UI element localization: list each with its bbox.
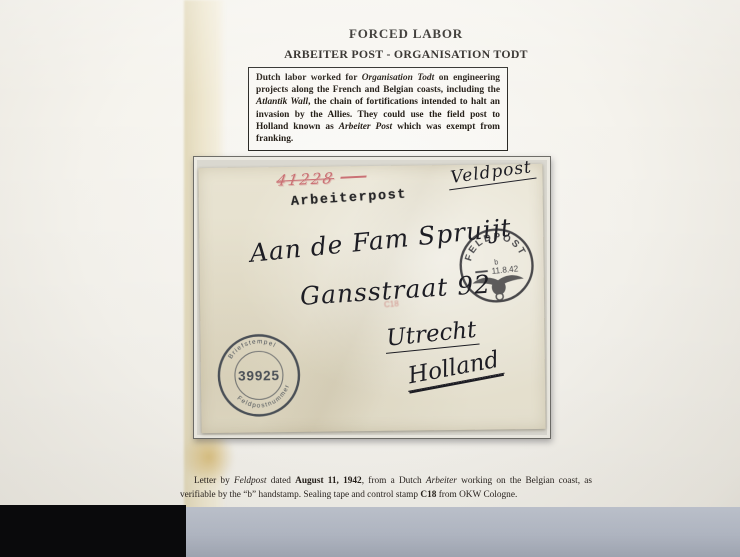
intro-italic-arbeiter-post: Arbeiter Post [339, 122, 392, 132]
page-title: FORCED LABOR [256, 26, 556, 42]
caption: Letter by Feldpost dated August 11, 1942… [180, 474, 592, 503]
red-dash [340, 175, 366, 178]
feldpost-datestamp: FELDPOST b 11.8.42 [454, 223, 539, 308]
control-stamp-c18: C18 [384, 299, 399, 309]
address-line-country: Holland [403, 346, 504, 392]
caption-italic-arbeiter: Arbeiter [426, 476, 457, 486]
intro-italic-organisation-todt: Organisation Todt [362, 73, 434, 83]
envelope: 41228 Veldpost Arbeiterpost Aan de Fam S… [198, 164, 545, 433]
caption-italic-feldpost: Feldpost [234, 476, 267, 486]
intro-italic-atlantik-wall: Atlantik Wall [256, 97, 308, 107]
red-number-text: 41228 [275, 169, 336, 190]
intro-text: Dutch labor worked for [256, 73, 362, 83]
red-censor-number: 41228 [275, 167, 368, 189]
page-subtitle: ARBEITER POST - ORGANISATION TODT [236, 47, 576, 62]
svg-text:FELDPOST: FELDPOST [461, 228, 529, 263]
caption-bold-date: August 11, 1942 [295, 476, 362, 486]
address-line-city: Utrecht [383, 317, 479, 354]
fieldpost-number-stamp: Briefstempel Feldpostnummer 39925 [214, 331, 303, 420]
veldpost-note: Veldpost [446, 157, 536, 191]
intro-text-box: Dutch labor worked for Organisation Todt… [248, 67, 508, 151]
envelope-mount: 41228 Veldpost Arbeiterpost Aan de Fam S… [193, 156, 551, 439]
caption-bold-c18: C18 [420, 490, 436, 500]
bottom-band [186, 507, 740, 557]
feldpost-arc-text: FELDPOST [461, 228, 529, 263]
feldpost-date: 11.8.42 [491, 264, 519, 276]
table-corner-dark [0, 505, 186, 557]
arbeiterpost-handstamp: Arbeiterpost [290, 188, 407, 210]
number-stamp-number: 39925 [238, 368, 280, 384]
exhibit-page-photo: FORCED LABOR ARBEITER POST - ORGANISATIO… [0, 0, 740, 557]
